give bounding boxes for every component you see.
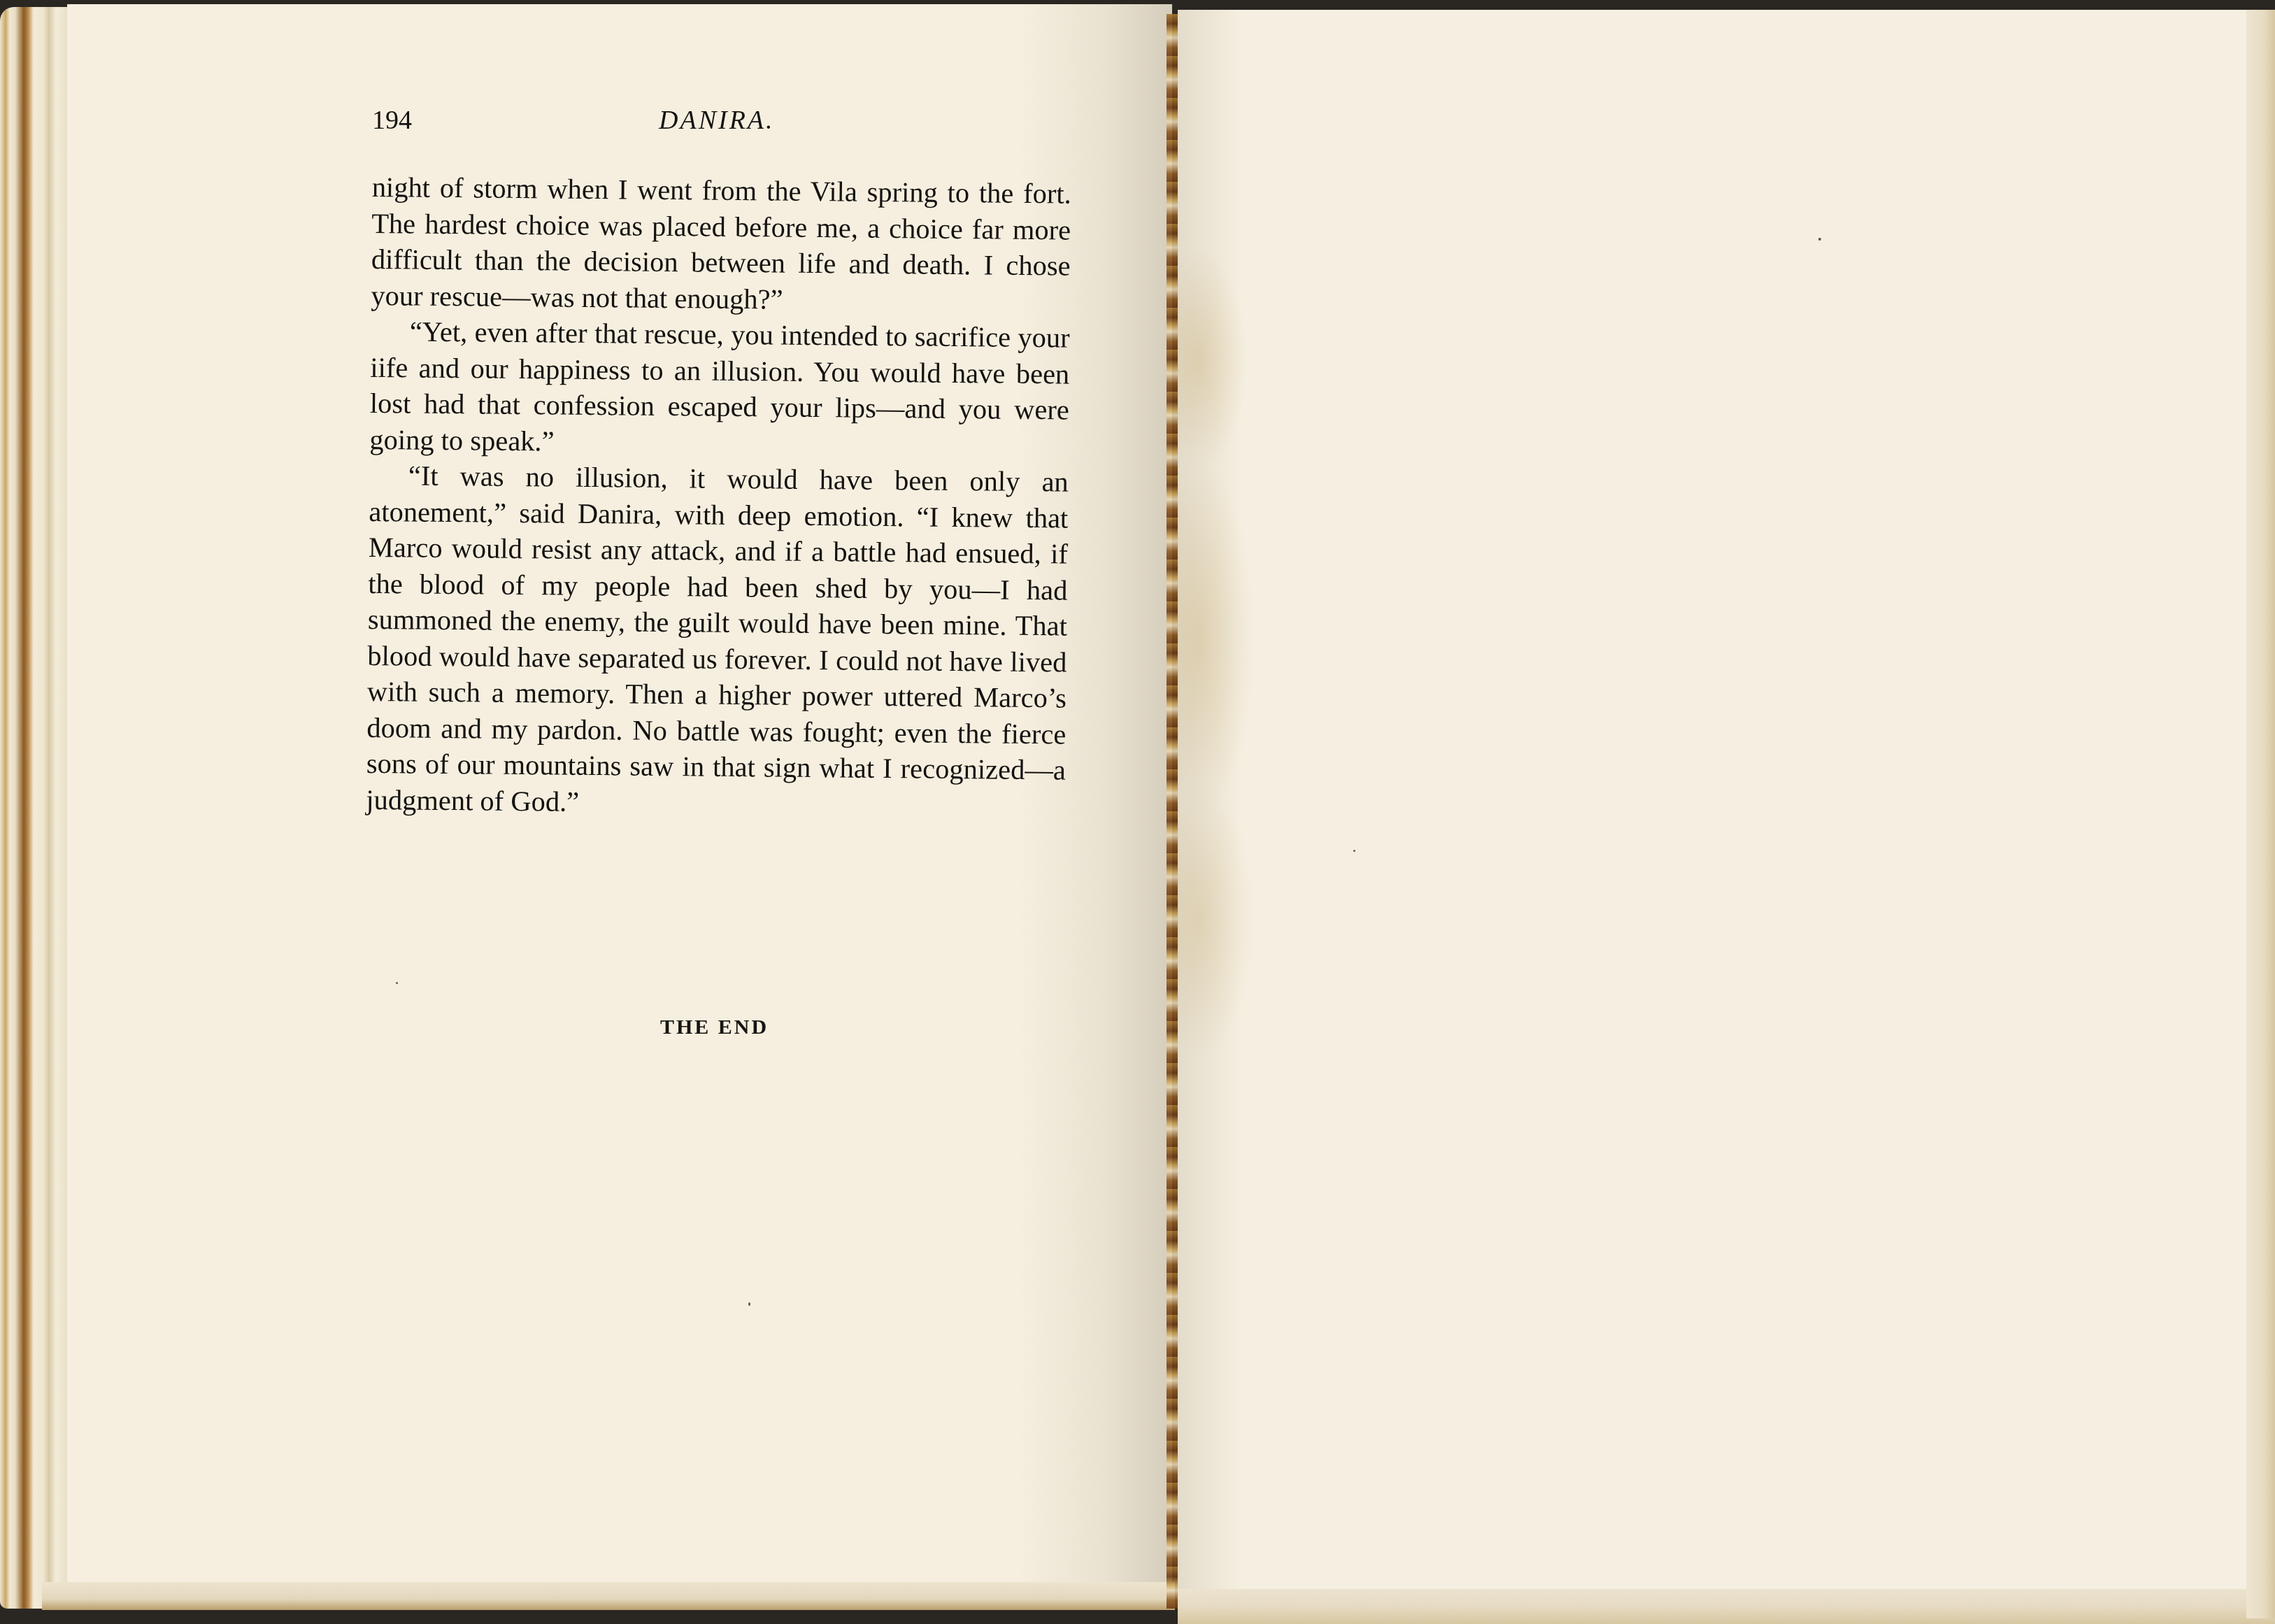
right-page-deckled-edge bbox=[2246, 10, 2275, 1618]
book-spread: 194 DANIRA. night of storm when I went f… bbox=[0, 0, 2275, 1624]
book-gutter bbox=[1167, 14, 1178, 1609]
paper-speck bbox=[748, 1302, 750, 1306]
page-number: 194 bbox=[372, 105, 412, 136]
left-page-bottom-edge bbox=[42, 1582, 1175, 1610]
paper-speck bbox=[396, 982, 398, 984]
paper-speck bbox=[1353, 850, 1355, 852]
right-page-bottom-edge bbox=[1178, 1589, 2275, 1624]
paragraph-1: night of storm when I went from the Vila… bbox=[371, 169, 1071, 320]
body-text: night of storm when I went from the Vila… bbox=[366, 169, 1071, 825]
running-head-title: DANIRA. bbox=[659, 105, 775, 136]
paper-speck bbox=[1818, 238, 1821, 241]
running-head: 194 DANIRA. bbox=[372, 105, 1071, 147]
paragraph-2: “Yet, even after that rescue, you intend… bbox=[369, 313, 1070, 464]
right-page-blank bbox=[1178, 10, 2248, 1590]
the-end-heading: THE END bbox=[660, 1016, 769, 1039]
paragraph-3: “It was no illusion, it would have been … bbox=[366, 457, 1069, 825]
left-page-text-block: 194 DANIRA. night of storm when I went f… bbox=[372, 105, 1071, 818]
left-page-stack-edges bbox=[0, 7, 77, 1609]
